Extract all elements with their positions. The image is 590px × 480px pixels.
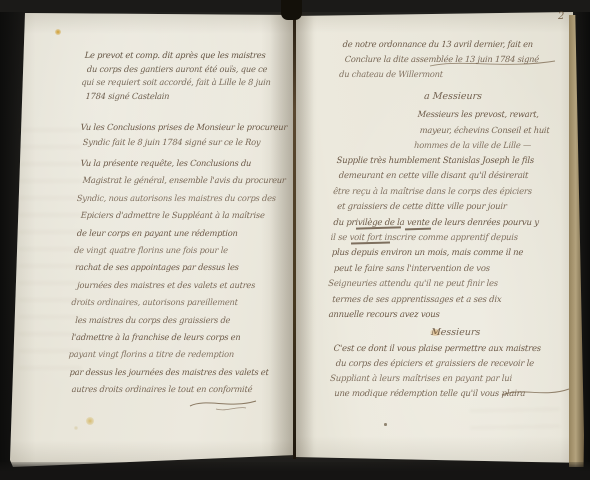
manuscript-line: payant vingt florins a titre de redempti… xyxy=(68,347,277,364)
manuscript-line: il se voit fort inscrire comme apprentif… xyxy=(330,231,538,246)
manuscript-line: Magistrat le général, ensemble l'avis du… xyxy=(82,173,286,190)
page-number: 2 xyxy=(558,11,564,22)
manuscript-line: termes de ses apprentissages et a ses di… xyxy=(332,293,535,308)
stain-spot xyxy=(55,29,61,35)
left-page-body-paragraph: Vu la présente requête, les Conclusions … xyxy=(68,156,287,400)
gutter-shadow-right xyxy=(296,12,314,459)
manuscript-line: de vingt quatre florins une fois pour le xyxy=(74,243,283,260)
ink-flourish xyxy=(500,384,572,400)
manuscript-line: peut le faire sans l'intervention de vos xyxy=(333,262,536,277)
manuscript-line: par dessus les journées des maistres des… xyxy=(69,365,276,382)
background-bottom-band xyxy=(0,462,590,480)
manuscript-line: rachat de ses appointages par dessus les xyxy=(75,260,282,277)
manuscript-line: du chateau de Willermont xyxy=(339,68,539,83)
manuscript-line: de leur corps en payant une rédemption xyxy=(76,226,283,243)
manuscript-line: qui se requiert soit accordé, fait à Lil… xyxy=(81,77,271,91)
manuscript-line: du corps des épiciers et graissiers de r… xyxy=(335,357,540,372)
manuscript-line: journées des maistres et des valets et a… xyxy=(77,278,281,295)
right-page-petition-paragraph: Supplie très humblement Stanislas Joseph… xyxy=(328,154,542,323)
salutation-heading: a Messieurs xyxy=(424,91,483,102)
salutation-heading: Messieurs xyxy=(431,327,481,338)
manuscript-line: droits ordinaires, autorisons pareilleme… xyxy=(71,295,280,312)
manuscript-line: Supplie très humblement Stanislas Joseph… xyxy=(336,154,542,169)
manuscript-line: Messieurs les prevost, rewart, xyxy=(417,108,550,124)
ink-flourish xyxy=(188,396,260,412)
manuscript-line: Epiciers d'admettre le Suppléant à la ma… xyxy=(80,208,284,225)
manuscript-line: Seigneuries attendu qu'il ne peut finir … xyxy=(328,277,536,292)
manuscript-line: annuelle recours avez vous xyxy=(328,308,534,323)
manuscript-line: C'est ce dont il vous plaise permettre a… xyxy=(333,342,541,357)
manuscript-line: de notre ordonnance du 13 avril dernier,… xyxy=(342,38,540,53)
left-page-opening-paragraph: Le prevot et comp. dit après que les mai… xyxy=(82,50,272,104)
manuscript-line: 1784 signé Castelain xyxy=(85,91,270,105)
manuscript-line: du corps des gantiers auront été ouïs, q… xyxy=(86,64,271,78)
manuscript-line: être reçu à la maîtrise dans le corps de… xyxy=(333,185,541,200)
manuscript-line: demeurant en cette ville disant qu'il dé… xyxy=(338,169,541,184)
binding-notch xyxy=(281,0,302,20)
manuscript-photo: Le prevot et comp. dit après que les mai… xyxy=(0,0,590,480)
manuscript-line: Syndic, nous autorisons les maistres du … xyxy=(76,191,285,208)
ink-flourish xyxy=(428,58,558,70)
stain-spot xyxy=(74,426,78,430)
manuscript-line: Syndic fait le 8 juin 1784 signé sur ce … xyxy=(82,136,286,151)
manuscript-line: hommes de la ville de Lille — xyxy=(414,139,549,155)
manuscript-line: Vu la présente requête, les Conclusions … xyxy=(80,156,287,173)
left-page-conclusions-paragraph: Vu les Conclusions prises de Monsieur le… xyxy=(79,121,287,150)
manuscript-line: mayeur, échevins Conseil et huit xyxy=(419,124,550,140)
manuscript-line: Vu les Conclusions prises de Monsieur le… xyxy=(80,121,287,136)
binding-gutter xyxy=(293,13,296,459)
manuscript-line: plus depuis environ un mois, mais comme … xyxy=(331,246,537,261)
ink-speck xyxy=(384,423,387,426)
stain-spot xyxy=(86,417,94,425)
right-page-address-block: Messieurs les prevost, rewart,mayeur, éc… xyxy=(416,108,551,155)
manuscript-line: Le prevot et comp. dit après que les mai… xyxy=(84,50,272,64)
manuscript-line: et graissiers de cette ditte ville pour … xyxy=(337,200,540,215)
ink-showthrough xyxy=(470,399,561,441)
manuscript-line: l'admettre à la franchise de leurs corps… xyxy=(71,330,278,347)
manuscript-line: les maistres du corps des graissiers de xyxy=(75,313,279,330)
